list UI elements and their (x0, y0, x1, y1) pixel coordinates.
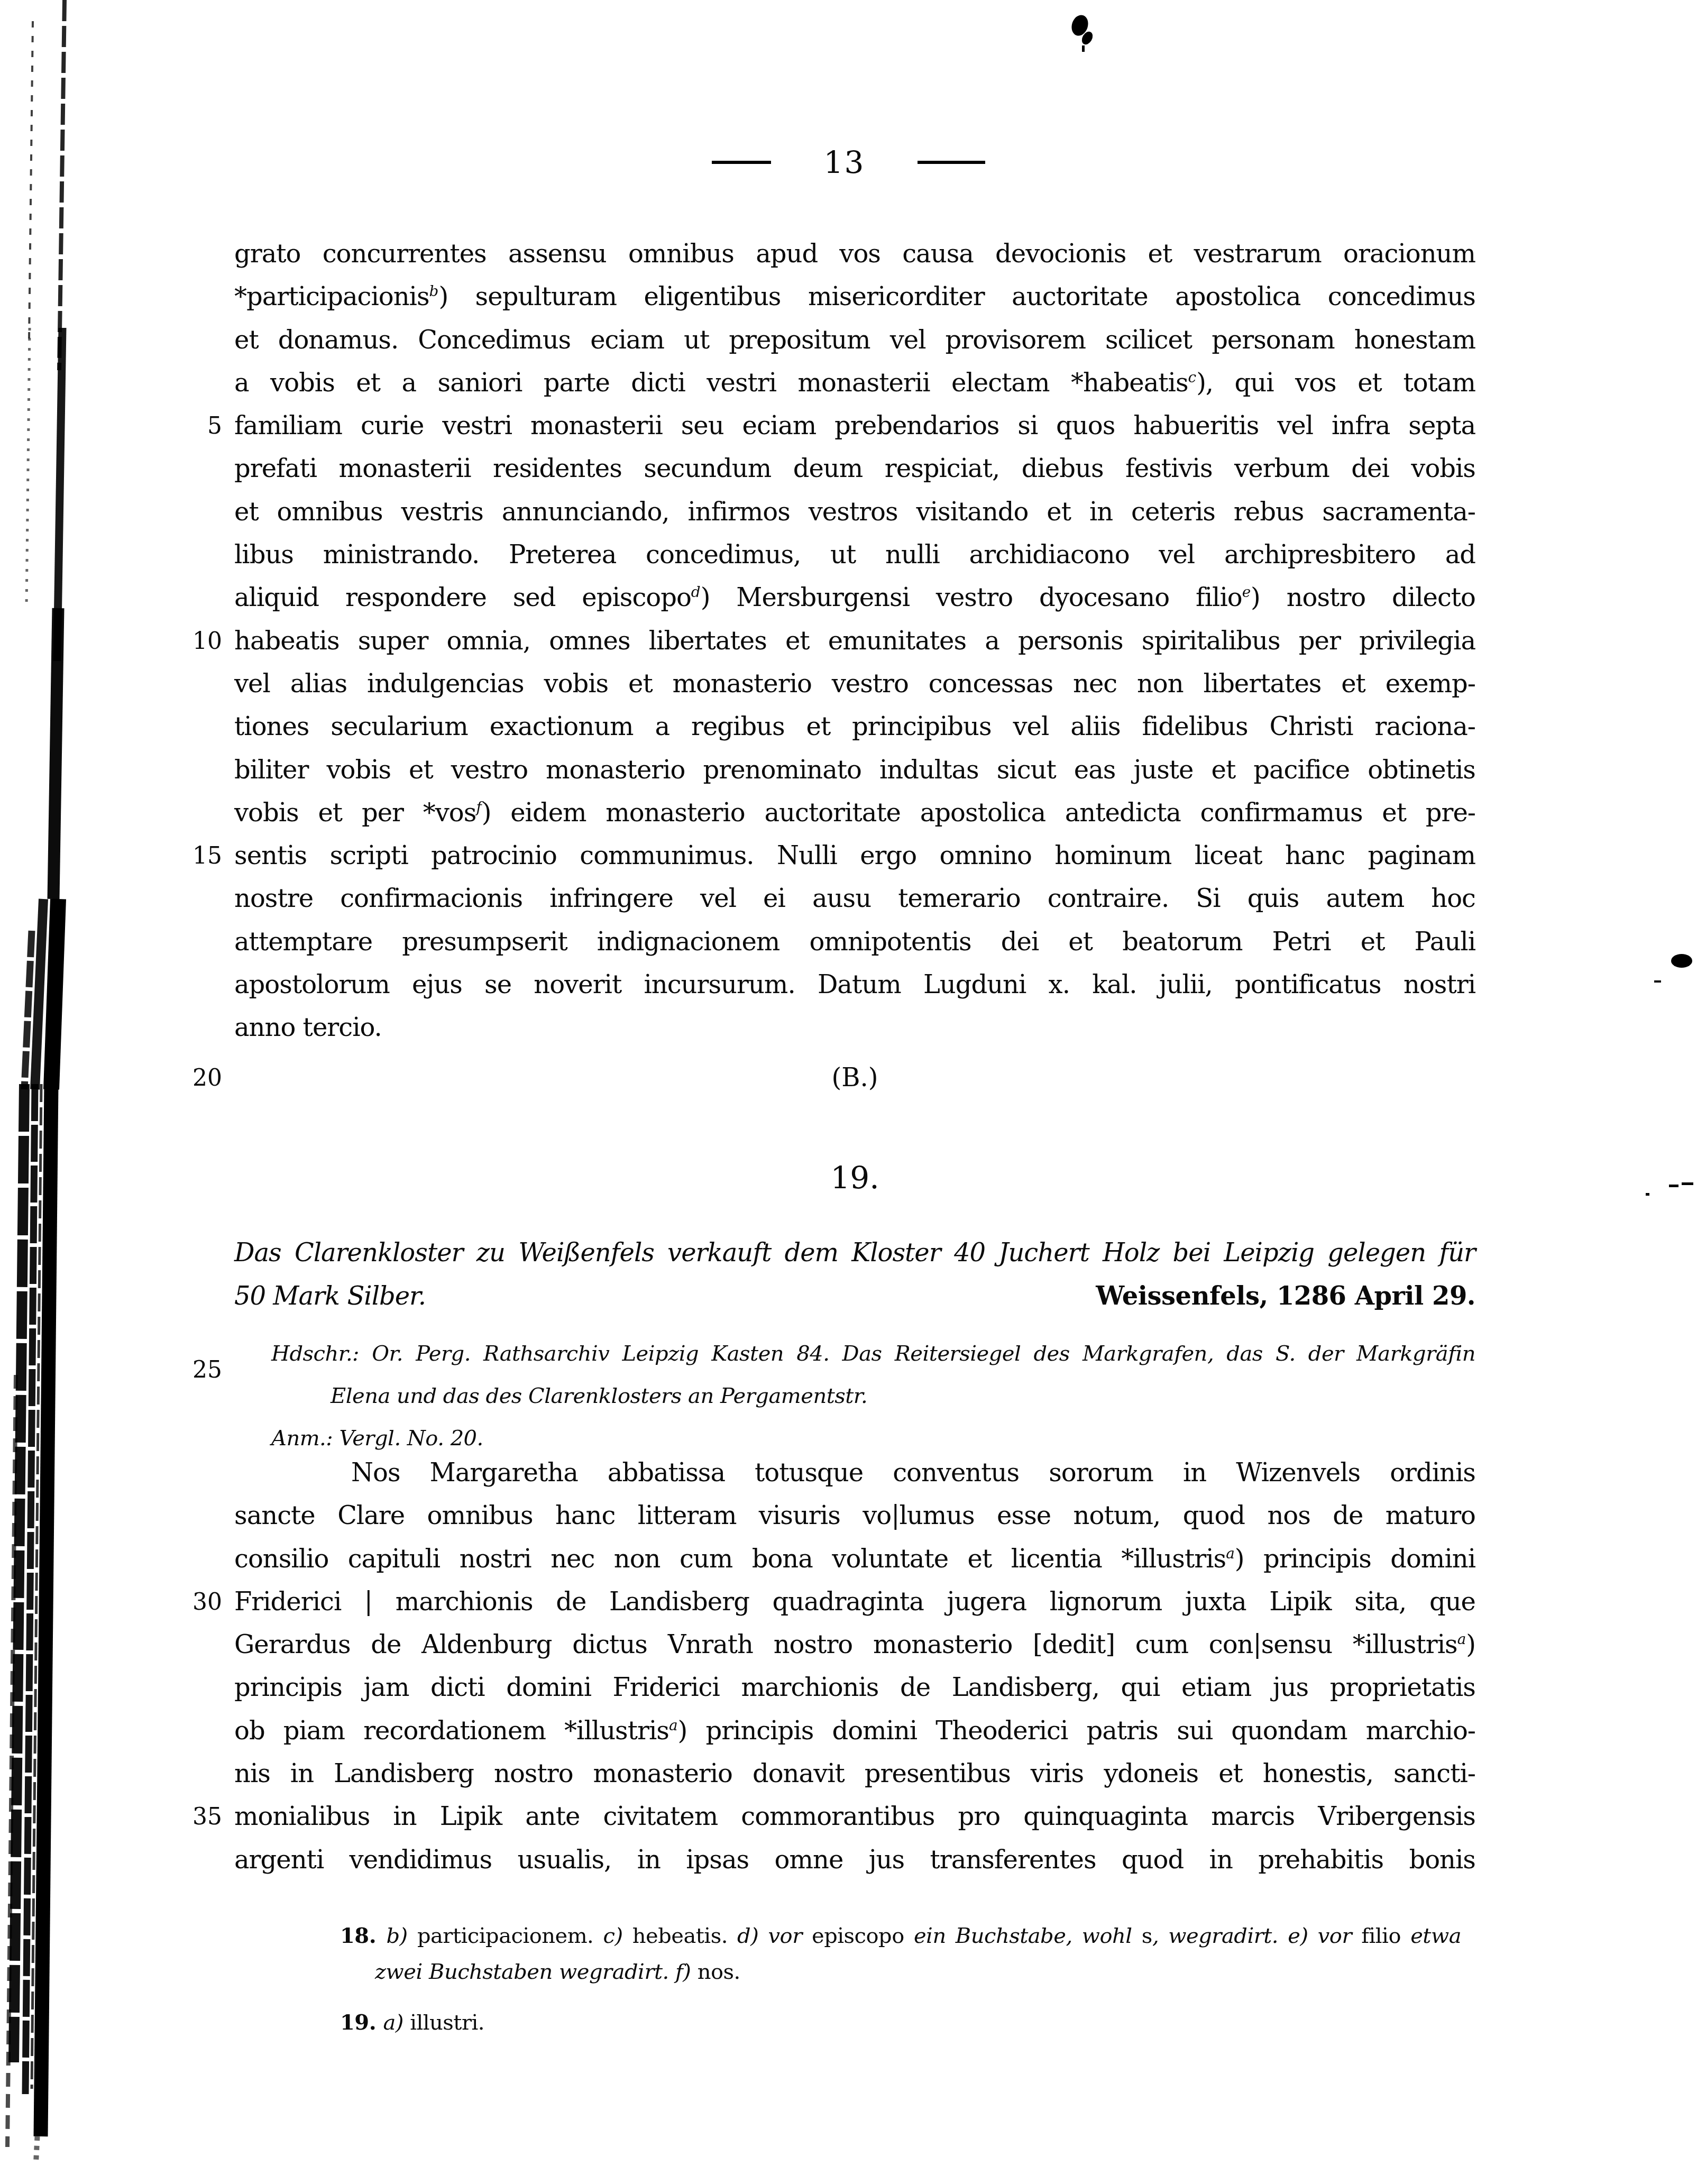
header-rule-left (712, 161, 771, 164)
footnote-segment: 18. (340, 1923, 386, 1948)
text-line: Nos Margaretha abbatissa totusque conven… (234, 1452, 1475, 1494)
footnote-segment: a) (383, 2011, 410, 2035)
doc-18-text: grato concurrentes assensu omnibus apud … (234, 233, 1475, 1050)
text-line: habeatis super omnia, omnes libertates e… (234, 620, 1475, 663)
text-line: vel alias indulgencias vobis et monaster… (234, 663, 1475, 705)
doc-18-signature: (B.) (234, 1057, 1475, 1099)
text-line: biliter vobis et vestro monasterio preno… (234, 749, 1475, 792)
source-note: Hdschr.: Or. Perg. Rathsarchiv Leipzig K… (271, 1333, 1475, 1460)
text-line: tiones secularium exactionum a regibus e… (234, 705, 1475, 748)
text-line: *participacionisb) sepulturam eligentibu… (234, 276, 1475, 318)
text-line: libus ministrando. Preterea concedimus, … (234, 534, 1475, 576)
footnote-segment: illustri. (410, 2011, 484, 2035)
text-line: principis jam dicti domini Friderici mar… (234, 1666, 1475, 1709)
margin-line-number: 20 (184, 1057, 222, 1099)
text-line: vobis et per *vosf) eidem monasterio auc… (234, 792, 1475, 834)
margin-line-number: 35 (184, 1795, 222, 1838)
doc-19-regest-line2: 50 Mark Silber. Weissenfels, 1286 April … (234, 1274, 1475, 1318)
margin-line-number: 5 (184, 405, 222, 447)
footnote-segment: episcopo (812, 1924, 914, 1948)
footnote-segment: b) (386, 1924, 417, 1948)
text-line: aliquid respondere sed episcopod) Mersbu… (234, 576, 1475, 619)
text-line: consilio capituli nostri nec non cum bon… (234, 1538, 1475, 1581)
ink-blot-top (1069, 13, 1095, 52)
footnotes: 18. b) participacionem. c) hebeatis. d) … (340, 1918, 1461, 2041)
footnote-line: zwei Buchstaben wegradirt. f) nos. (340, 1954, 1461, 1990)
text-line: sentis scripti patrocinio communimus. Nu… (234, 834, 1475, 877)
text-line: et omnibus vestris annunciando, infirmos… (234, 491, 1475, 534)
regest-date: Weissenfels, 1286 April 29. (1096, 1274, 1475, 1318)
page-number: 13 (824, 144, 865, 180)
footnote-segment: filio (1361, 1924, 1410, 1948)
regest-continuation: 50 Mark Silber. (234, 1274, 426, 1318)
margin-line-number: 30 (184, 1581, 222, 1623)
text-line: nostre confirmacionis infringere vel ei … (234, 877, 1475, 920)
text-line: Gerardus de Aldenburg dictus Vnrath nost… (234, 1623, 1475, 1666)
footnote-segment: participacionem. (417, 1924, 603, 1948)
footnote-segment: ein Buchstabe, wohl (914, 1924, 1142, 1948)
footnote-segment: s (1142, 1924, 1152, 1948)
footnote-segment: , wegradirt. (1152, 1924, 1288, 1948)
text-line: grato concurrentes assensu omnibus apud … (234, 233, 1475, 276)
text-line: ob piam recordationem *illustrisa) princ… (234, 1710, 1475, 1752)
text-line: attemptare presumpserit indignacionem om… (234, 921, 1475, 963)
header-rule-right (918, 161, 985, 164)
footnote-segment: c) (603, 1924, 632, 1948)
footnote-segment: f) (675, 1960, 698, 1984)
margin-line-number: 10 (184, 620, 222, 663)
footnote-segment: zwei Buchstaben wegradirt. (375, 1960, 675, 1984)
footnote-line: 19. a) illustri. (340, 2005, 1461, 2041)
ink-marks-right-margin (1646, 954, 1693, 1196)
text-line: a vobis et a saniori parte dicti vestri … (234, 362, 1475, 405)
footnote-segment: etwa (1410, 1924, 1461, 1948)
text-line: Friderici | marchionis de Landisberg qua… (234, 1581, 1475, 1623)
source-note-line: Hdschr.: Or. Perg. Rathsarchiv Leipzig K… (271, 1333, 1475, 1375)
doc-19-regest-line1: Das Clarenkloster zu Weißenfels verkauft… (234, 1231, 1475, 1274)
text-line: et donamus. Concedimus eciam ut preposit… (234, 319, 1475, 362)
footnote-segment: e) vor (1288, 1924, 1361, 1948)
doc-19-heading: 19. (234, 1159, 1475, 1196)
text-line: monialibus in Lipik ante civitatem commo… (234, 1795, 1475, 1838)
doc-19-text: Nos Margaretha abbatissa totusque conven… (234, 1452, 1475, 1882)
footnote-line: 18. b) participacionem. c) hebeatis. d) … (340, 1918, 1461, 1954)
text-line: prefati monasterii residentes secundum d… (234, 447, 1475, 490)
source-note-line: Elena und das des Clarenklosters an Perg… (271, 1375, 1475, 1417)
page-header: 13 (0, 139, 1697, 186)
footnote-segment: d) vor (737, 1924, 812, 1948)
footnote-segment: 19. (340, 2010, 383, 2035)
text-line: nis in Landisberg nostro monasterio dona… (234, 1752, 1475, 1795)
margin-line-number: 15 (184, 834, 222, 877)
text-line: sancte Clare omnibus hanc litteram visur… (234, 1494, 1475, 1537)
text-line: familiam curie vestri monasterii seu eci… (234, 405, 1475, 447)
text-line: argenti vendidimus usualis, in ipsas omn… (234, 1839, 1475, 1882)
margin-line-number: 25 (184, 1348, 222, 1391)
footnote-segment: hebeatis. (632, 1924, 737, 1948)
text-line: apostolorum ejus se noverit incursurum. … (234, 963, 1475, 1006)
scanned-book-page: { "colors": { "ink": "#000000", "paper":… (0, 0, 1697, 2184)
text-line: anno tercio. (234, 1006, 1475, 1049)
footnote-segment: nos. (698, 1960, 740, 1984)
